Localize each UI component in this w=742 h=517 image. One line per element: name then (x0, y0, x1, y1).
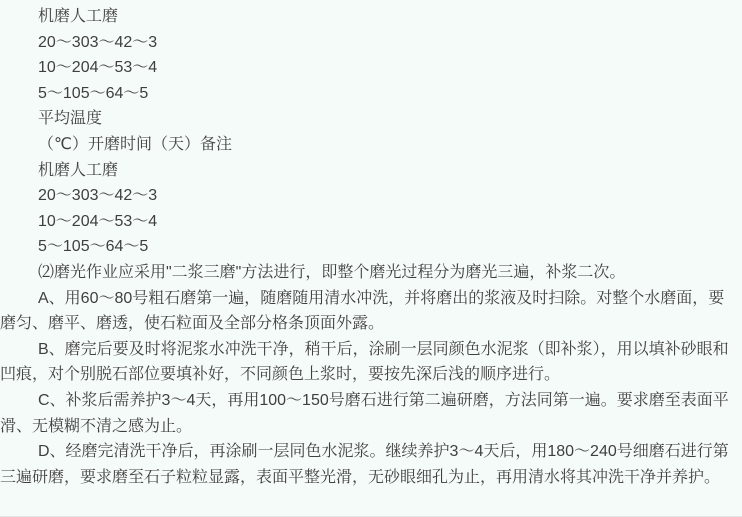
table-line-values-4: 20～303～42～3 (0, 183, 740, 209)
table-line-grinder-types: 机磨人工磨 (0, 4, 740, 30)
table-line-values-6: 5～105～64～5 (0, 234, 740, 260)
paragraph-item-2: ⑵磨光作业应采用"二浆三磨"方法进行，即整个磨光过程分为磨光三遍，补浆二次。 (0, 260, 740, 286)
document-body: 机磨人工磨 20～303～42～3 10～204～53～4 5～105～64～5… (0, 0, 742, 517)
table-line-avg-temp: 平均温度 (0, 106, 740, 132)
table-line-headers: （℃）开磨时间（天）备注 (0, 132, 740, 158)
paragraph-step-b: B、磨完后要及时将泥浆水冲洗干净，稍干后，涂刷一层同颜色水泥浆（即补浆），用以填… (0, 337, 740, 388)
paragraph-step-d: D、经磨完清洗干净后，再涂刷一层同色水泥浆。继续养护3～4天后，用180～240… (0, 439, 740, 490)
paragraph-step-c: C、补浆后需养护3～4天，再用100～150号磨石进行第二遍研磨，方法同第一遍。… (0, 388, 740, 439)
paragraph-step-a: A、用60～80号粗石磨第一遍，随磨随用清水冲洗，并将磨出的浆液及时扫除。对整个… (0, 286, 740, 337)
table-line-grinder-types-2: 机磨人工磨 (0, 158, 740, 184)
table-line-values-3: 5～105～64～5 (0, 81, 740, 107)
table-line-values-1: 20～303～42～3 (0, 30, 740, 56)
table-line-values-5: 10～204～53～4 (0, 209, 740, 235)
table-line-values-2: 10～204～53～4 (0, 55, 740, 81)
